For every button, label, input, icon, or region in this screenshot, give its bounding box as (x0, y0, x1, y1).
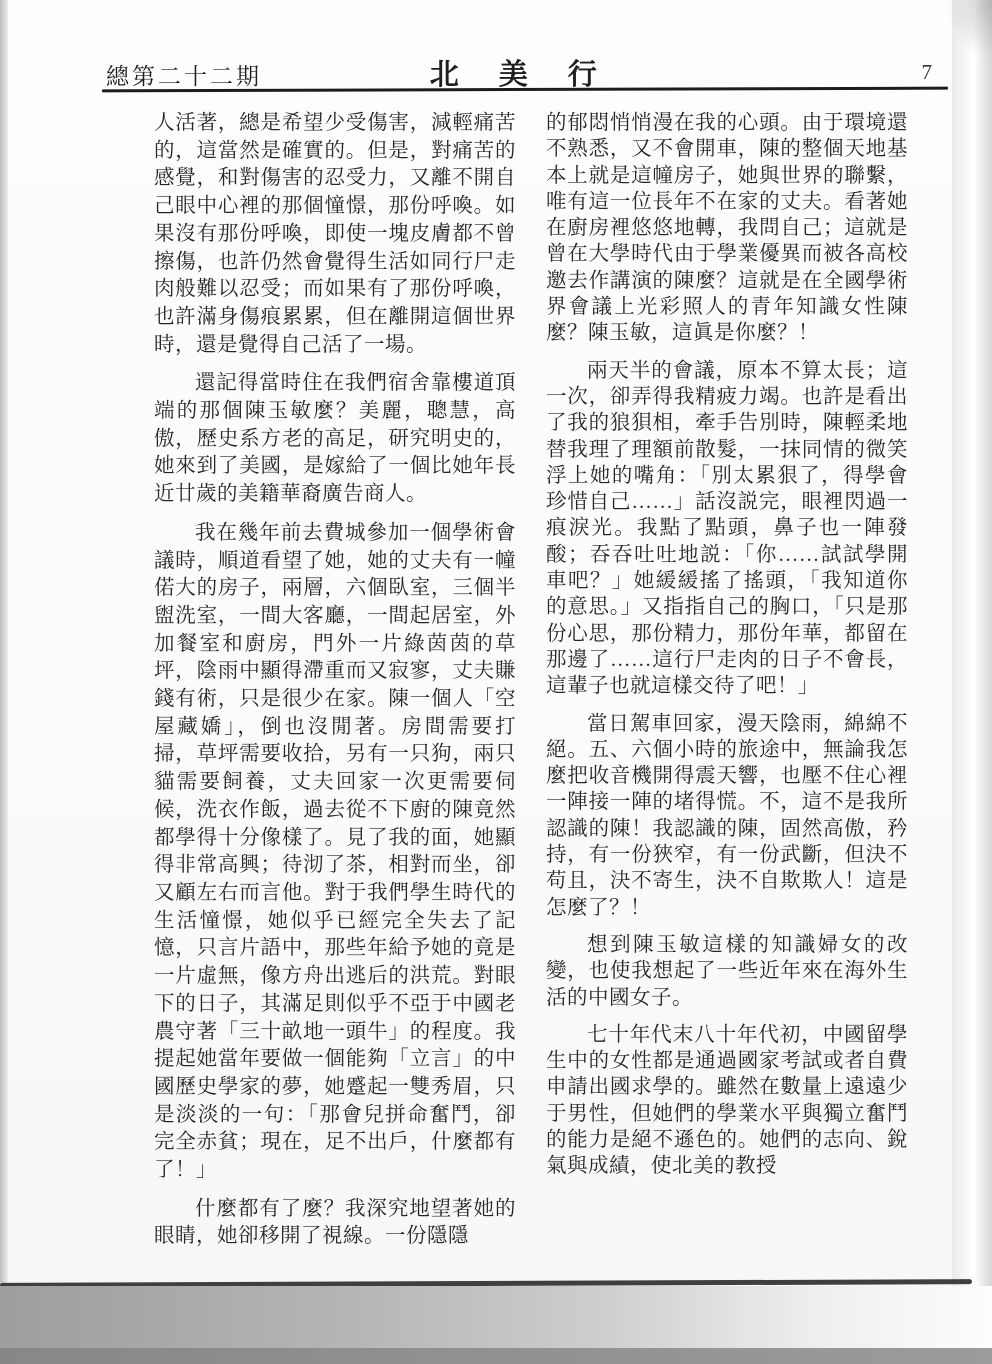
scan-page-edge-right (952, 0, 992, 1286)
issue-label: 總第二十二期 (106, 58, 262, 91)
paragraph: 當日駕車回家，漫天陰雨，綿綿不絕。五、六個小時的旅途中，無論我怎麼把收音機開得震… (546, 711, 908, 921)
scan-edge-left (0, 0, 8, 1286)
magazine-page: 總第二十二期 北美行 7 人活著，總是希望少受傷害，減輕痛苦的，這當然是確實的。… (8, 0, 952, 1286)
scanned-page: 總第二十二期 北美行 7 人活著，總是希望少受傷害，減輕痛苦的，這當然是確實的。… (0, 0, 992, 1364)
left-column: 人活著，總是希望少受傷害，減輕痛苦的，這當然是確實的。但是，對痛苦的感覺，和對傷… (154, 110, 516, 1262)
paragraph: 我在幾年前去費城參加一個學術會議時，順道看望了她，她的丈夫有一幢偌大的房子，兩層… (154, 520, 516, 1185)
scan-corner-shadow (946, 0, 992, 60)
scan-background-bottom (0, 1348, 992, 1364)
page-number: 7 (922, 60, 933, 85)
paragraph: 還記得當時住在我們宿舍靠樓道頂端的那個陳玉敏麼？美麗，聰慧，高傲，歷史系方老的高… (154, 370, 516, 509)
paragraph: 什麼都有了麼？我深究地望著她的眼睛，她卻移開了視線。一份隱隱 (154, 1196, 516, 1251)
paragraph: 兩天半的會議，原本不算太長；這一次，卻弄得我精疲力竭。也許是看出了我的狼狽相，牽… (546, 358, 908, 700)
paragraph: 的郁悶悄悄漫在我的心頭。由于環境還不熟悉，又不會開車，陳的整個天地基本上就是這幢… (546, 110, 908, 347)
paragraph: 人活著，總是希望少受傷害，減輕痛苦的，這當然是確實的。但是，對痛苦的感覺，和對傷… (154, 110, 516, 359)
paragraph: 七十年代末八十年代初，中國留學生中的女性都是通過國家考試或者自費申請出國求學的。… (546, 1022, 908, 1180)
page-header: 總第二十二期 北美行 7 (104, 52, 946, 88)
scan-pages-stack-edge (0, 1286, 992, 1348)
paragraph: 想到陳玉敏這樣的知識婦女的改變，也使我想起了一些近年來在海外生活的中國女子。 (546, 932, 908, 1011)
right-column: 的郁悶悄悄漫在我的心頭。由于環境還不熟悉，又不會開車，陳的整個天地基本上就是這幢… (546, 110, 908, 1191)
